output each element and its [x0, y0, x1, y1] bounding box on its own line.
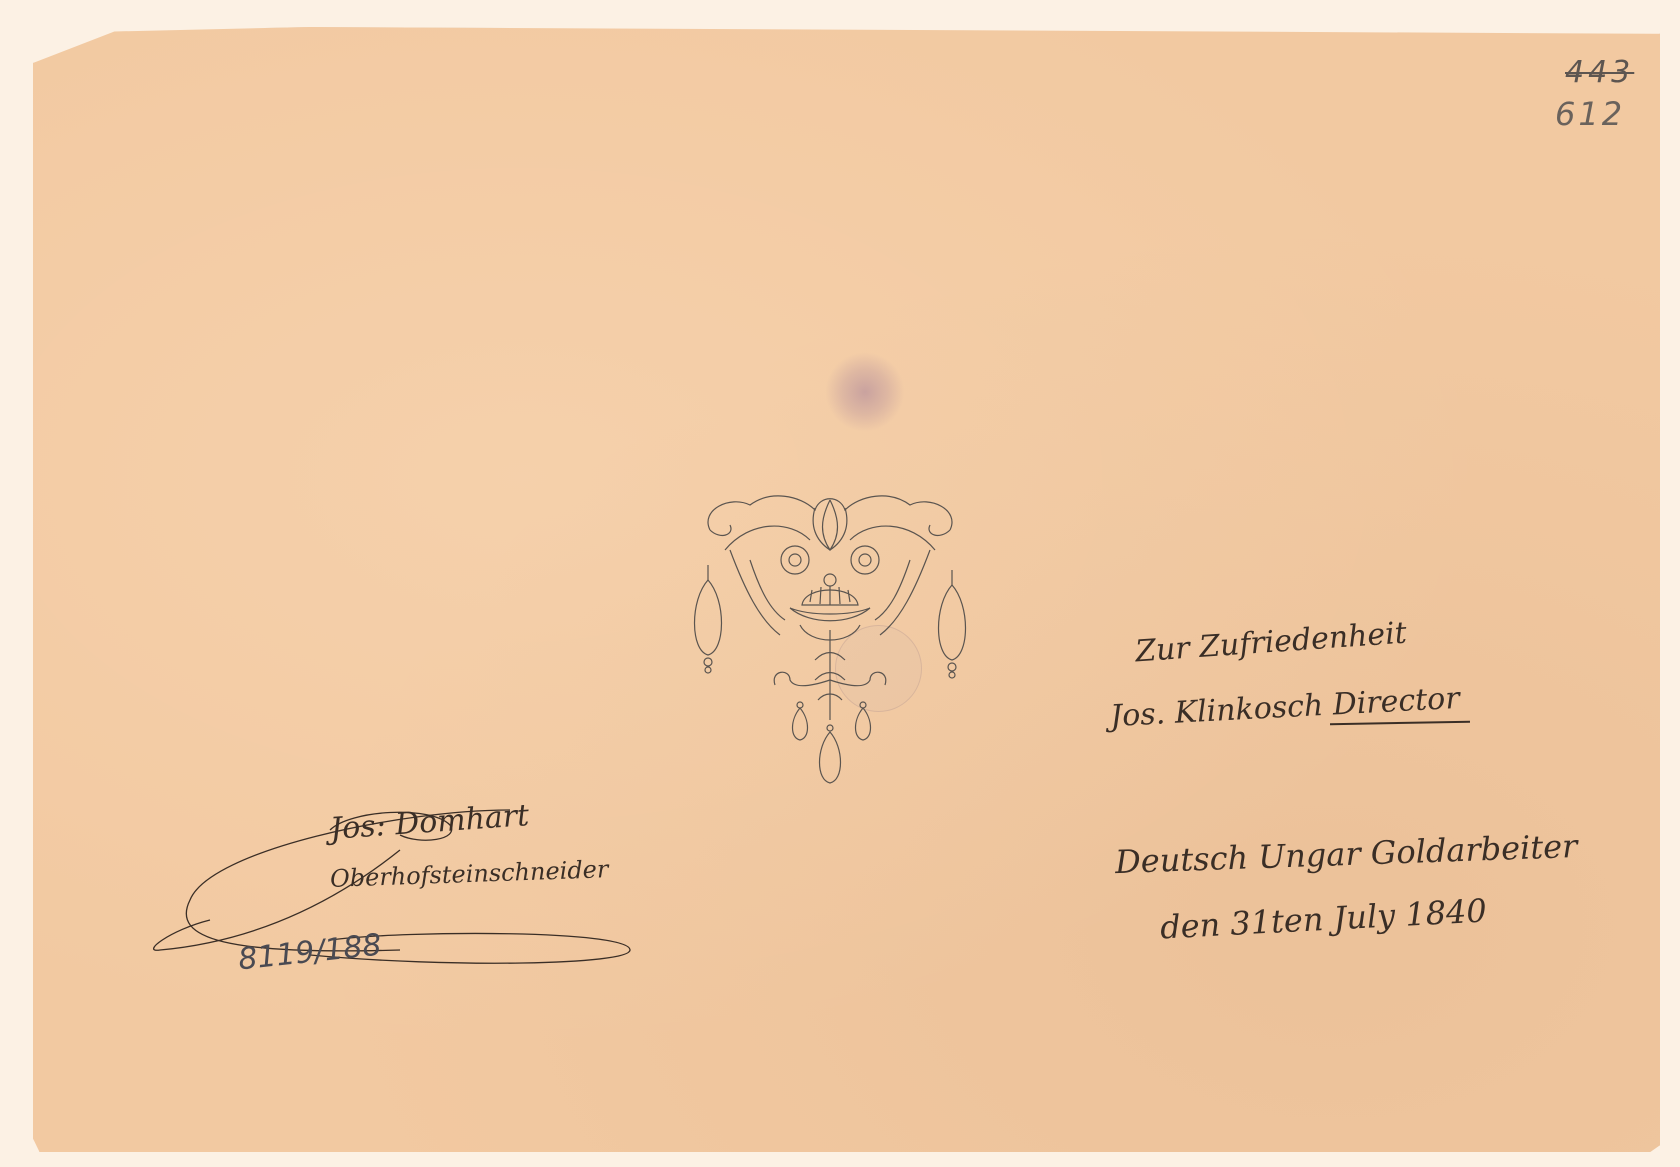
pendant-drawing [690, 480, 970, 800]
old-catalog-number: 443 [1565, 55, 1634, 90]
collection-stamp [825, 352, 905, 432]
catalog-number: 612 [1555, 95, 1625, 133]
